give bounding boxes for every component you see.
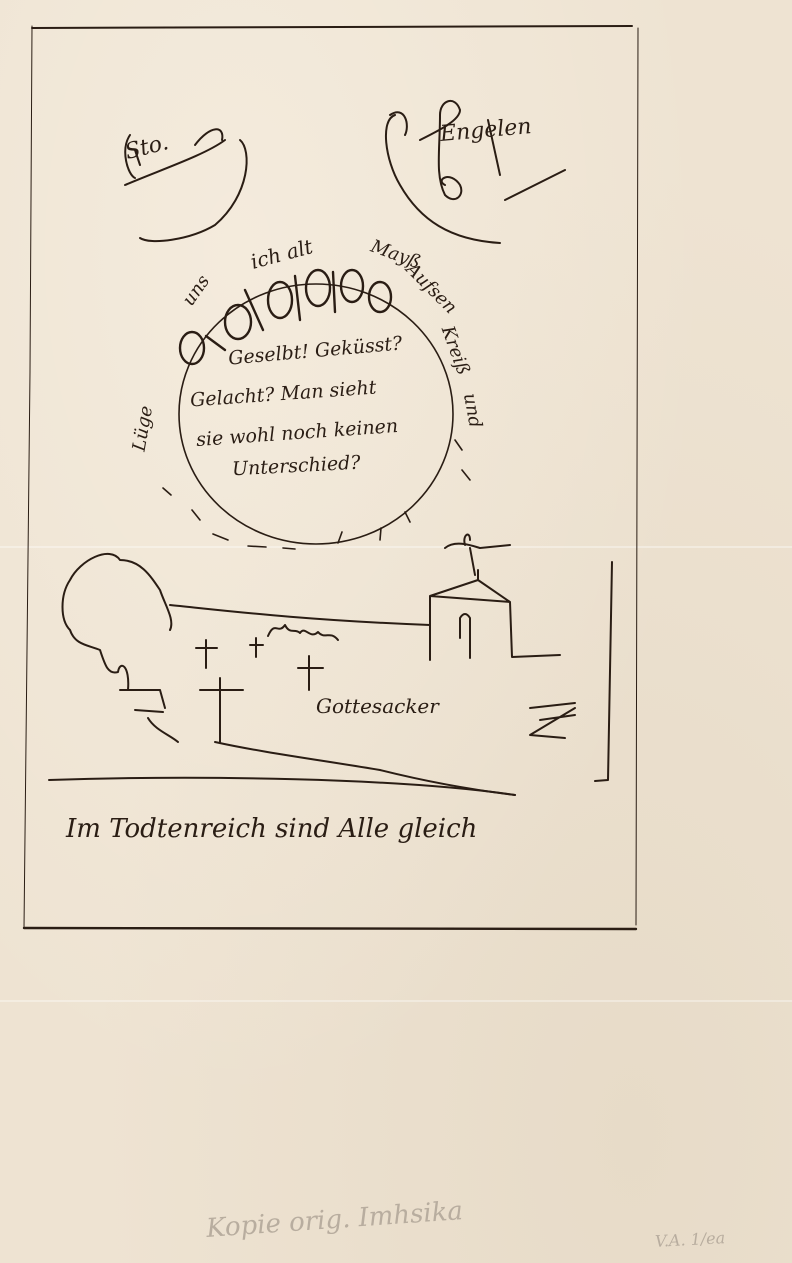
frame-border — [24, 26, 638, 929]
caption-text: Im Todtenreich sind Alle gleich — [66, 814, 477, 844]
pencil-initials: V.A. 1/ea — [655, 1228, 726, 1251]
sun-circle — [163, 284, 470, 549]
landscape-drawing — [49, 535, 612, 795]
ink-drawing — [0, 0, 792, 1263]
landscape-label: Gottesacker — [316, 694, 439, 718]
